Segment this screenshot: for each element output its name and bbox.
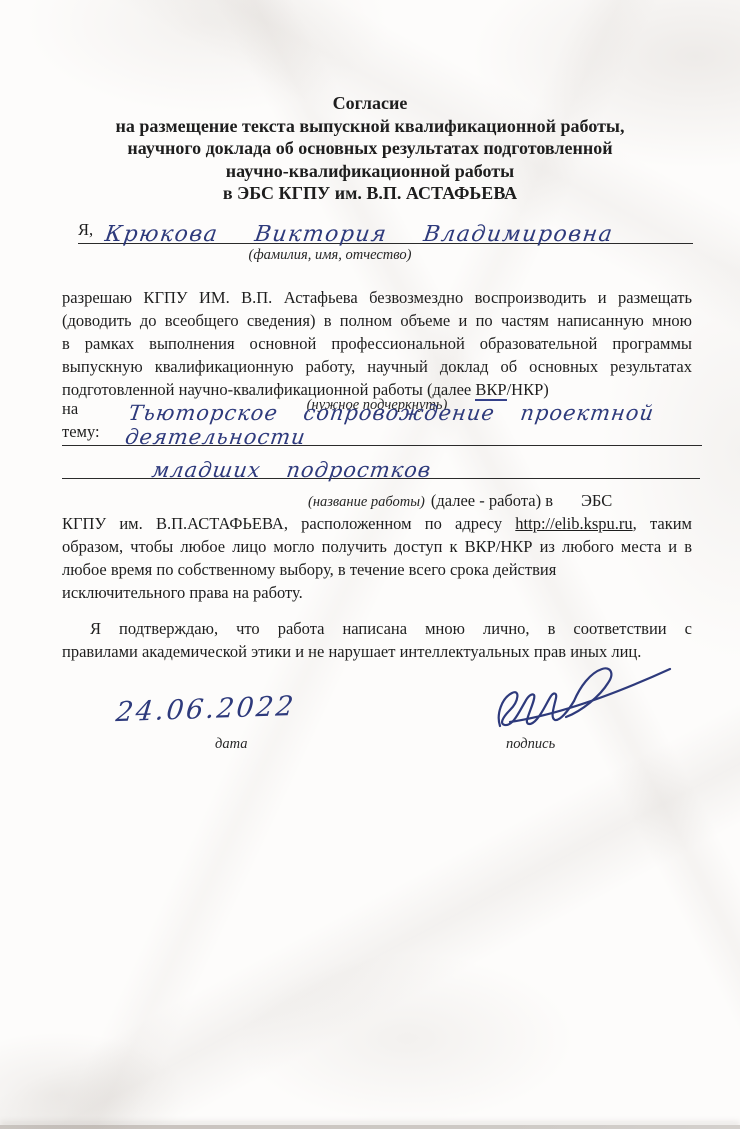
location-line-2: образом, чтобы любое лицо могло получить… [62,535,692,558]
theme-handwritten-line-2: младших подростков [150,458,433,482]
scanned-consent-document: Согласие на размещение текста выпускной … [0,0,740,1129]
theme-field-line-1: на тему: Тьюторское сопровождение проект… [62,414,702,446]
location-line-4: исключительного права на работу. [62,581,692,604]
confirmation-paragraph: Я подтверждаю, что работа написана мною … [62,617,692,663]
permission-line-1: разрешаю КГПУ ИМ. В.П. Астафьева безвозм… [62,286,692,309]
location-line-1-text: КГПУ им. В.П.АСТАФЬЕВА, расположенном по… [62,514,515,533]
permission-line-4: выпускную квалификационную работу, научн… [62,355,692,378]
work-title-caption: (название работы) [308,494,425,511]
confirmation-line-1: Я подтверждаю, что работа написана мною … [62,617,692,640]
permission-line-3: в рамках выполнения основной профессиона… [62,332,692,355]
title-line-5: в ЭБС КГПУ им. В.П. АСТАФЬЕВА [0,182,740,205]
location-paragraph: КГПУ им. В.П.АСТАФЬЕВА, расположенном по… [62,512,692,604]
title-line-1: Согласие [0,92,740,115]
title-line-2: на размещение текста выпускной квалифика… [0,115,740,138]
ebs-label: ЭБС [581,489,612,512]
theme-handwritten-line-1: Тьюторское сопровождение проектной деяте… [124,401,705,449]
name-handwritten: Крюкова Виктория Владимировна [103,222,615,247]
location-line-1-tail: , таким [633,514,692,533]
work-ref-text: (далее - работа) в [431,489,553,512]
date-handwritten: 24.06.2022 [114,691,297,728]
location-line-3: любое время по собственному выбору, в те… [62,558,692,581]
name-field-line: Я, Крюкова Виктория Владимировна [78,208,693,244]
date-handwritten-wrap: 24.06.2022 [116,691,297,728]
name-prefix: Я, [78,218,93,243]
signature-scribble [476,662,674,740]
permission-line-2: (доводить до всеобщего сведения) в полно… [62,309,692,332]
signature-caption: подпись [506,736,555,753]
location-line-1: КГПУ им. В.П.АСТАФЬЕВА, расположенном по… [62,512,692,535]
confirmation-line-2: правилами академической этики и не наруш… [62,640,692,663]
permission-paragraph: разрешаю КГПУ ИМ. В.П. Астафьева безвозм… [62,286,692,401]
theme-field-line-2: младших подростков [62,448,700,479]
fio-caption: (фамилия, имя, отчество) [180,247,480,264]
title-line-4: научно-квалификационной работы [0,160,740,183]
theme-label: на тему: [62,397,107,445]
elib-url: http://elib.kspu.ru [515,514,632,533]
title-line-3: научного доклада об основных результатах… [0,137,740,160]
work-ref-line: (название работы) (далее - работа) в ЭБС [308,489,612,512]
document-title: Согласие на размещение текста выпускной … [0,92,740,205]
date-caption: дата [215,736,247,753]
